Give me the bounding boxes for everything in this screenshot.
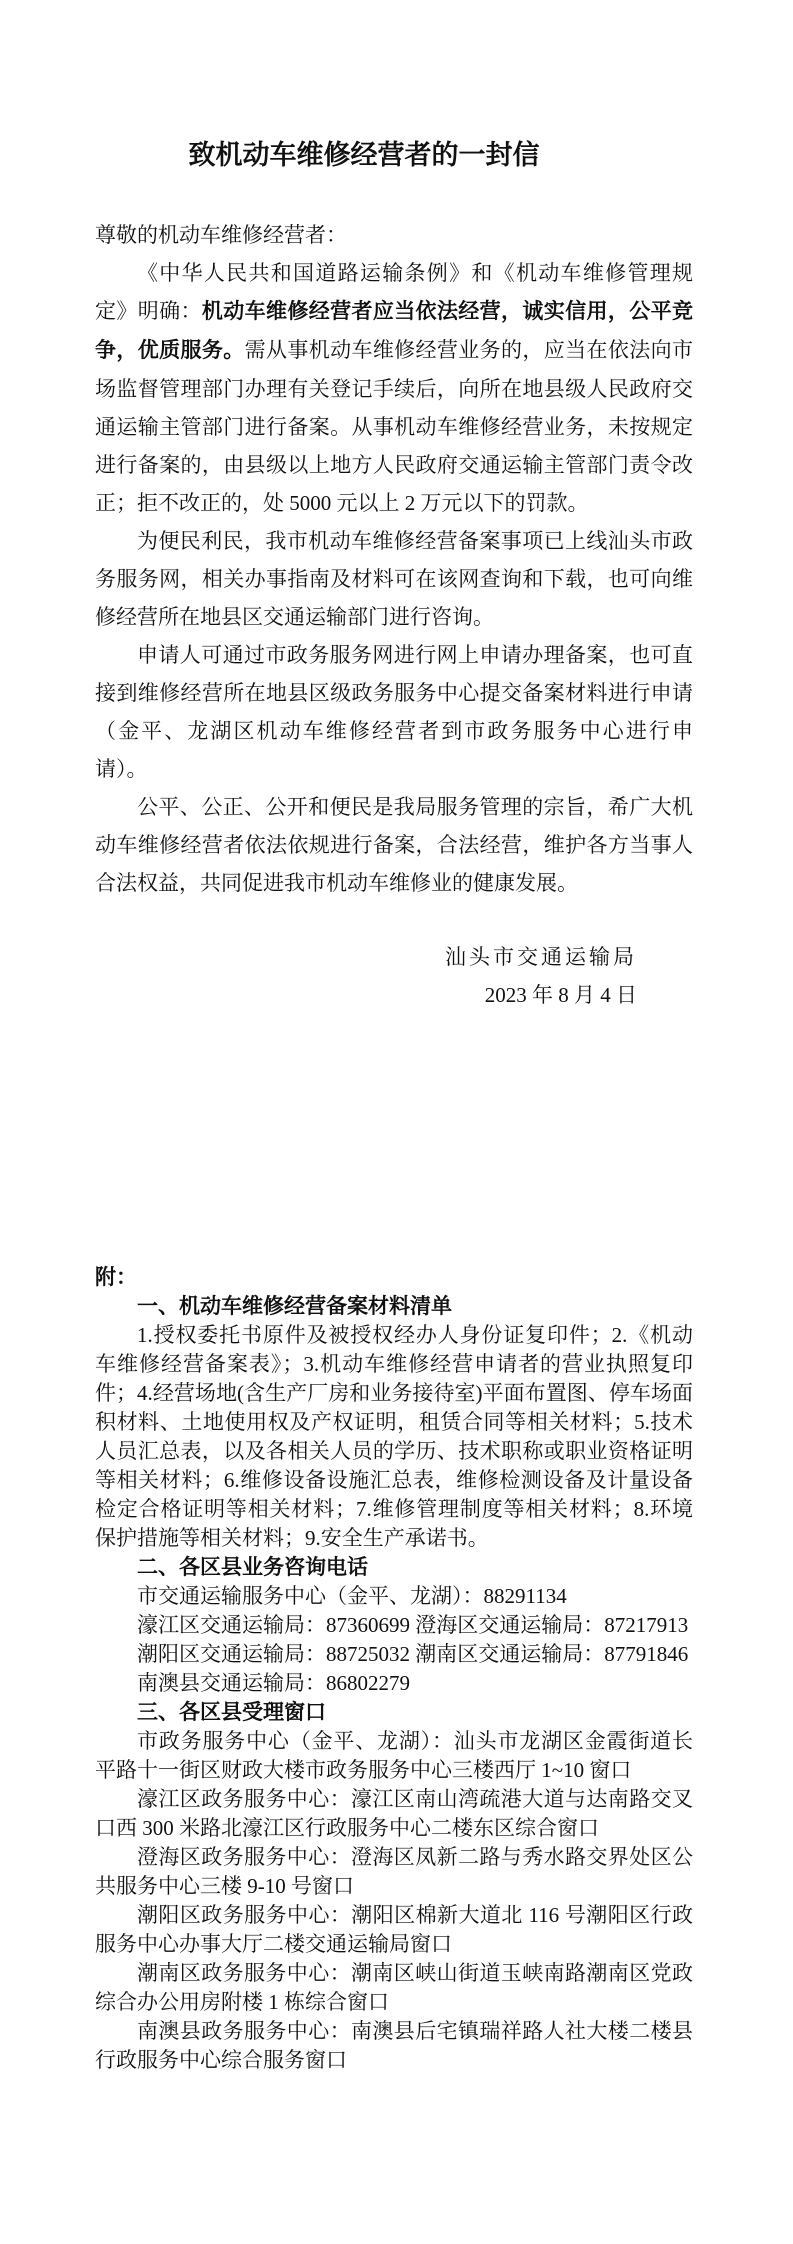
phone-line-city-center: 市交通运输服务中心（金平、龙湖）：88291134 bbox=[95, 1582, 693, 1611]
signature-block: 汕头市交通运输局 2023 年 8 月 4 日 bbox=[95, 938, 693, 1014]
phone-line-haojiang-chenghai: 濠江区交通运输局：87360699 澄海区交通运输局：87217913 bbox=[95, 1611, 693, 1640]
page-title: 致机动车维修经营者的一封信 bbox=[0, 0, 763, 172]
attachment-section: 附： 一、机动车维修经营备案材料清单 1.授权委托书原件及被授权经办人身份证复印… bbox=[95, 1263, 693, 2075]
window-city-center: 市政务服务中心（金平、龙湖）：汕头市龙湖区金霞街道长平路十一街区财政大楼市政务服… bbox=[95, 1727, 693, 1785]
paragraph-legal-basis: 《中华人民共和国道路运输条例》和《机动车维修管理规定》明确：机动车维修经营者应当… bbox=[95, 254, 693, 522]
letter-body: 尊敬的机动车维修经营者： 《中华人民共和国道路运输条例》和《机动车维修管理规定》… bbox=[0, 216, 793, 1014]
window-nanao: 南澳县政务服务中心：南澳县后宅镇瑞祥路人社大楼二楼县行政服务中心综合服务窗口 bbox=[95, 2017, 693, 2075]
attachment-label: 附： bbox=[95, 1263, 693, 1292]
window-chaonan: 潮南区政务服务中心：潮南区峡山街道玉峡南路潮南区党政综合办公用房附楼 1 栋综合… bbox=[95, 1959, 693, 2017]
paragraph-closing: 公平、公正、公开和便民是我局服务管理的宗旨，希广大机动车维修经营者依法依规进行备… bbox=[95, 788, 693, 902]
salutation: 尊敬的机动车维修经营者： bbox=[95, 216, 693, 254]
document-page: 致机动车维修经营者的一封信 尊敬的机动车维修经营者： 《中华人民共和国道路运输条… bbox=[0, 0, 793, 2244]
signature-organization: 汕头市交通运输局 bbox=[95, 938, 637, 976]
section1-materials-list: 1.授权委托书原件及被授权经办人身份证复印件；2.《机动车维修经营备案表》；3.… bbox=[95, 1321, 693, 1553]
section3-heading: 三、各区县受理窗口 bbox=[95, 1698, 693, 1727]
paragraph-application-channels: 申请人可通过市政务服务网进行网上申请办理备案，也可直接到维修经营所在地县区级政务… bbox=[95, 636, 693, 788]
signature-date: 2023 年 8 月 4 日 bbox=[95, 976, 637, 1014]
window-chaoyang: 潮阳区政务服务中心：潮阳区棉新大道北 116 号潮阳区行政服务中心办事大厅二楼交… bbox=[95, 1901, 693, 1959]
paragraph-legal-basis-post: 需从事机动车维修经营业务的，应当在依法向市场监督管理部门办理有关登记手续后，向所… bbox=[95, 338, 693, 515]
window-haojiang: 濠江区政务服务中心：濠江区南山湾疏港大道与达南路交叉口西 300 米路北濠江区行… bbox=[95, 1785, 693, 1843]
paragraph-online-service: 为便民利民，我市机动车维修经营备案事项已上线汕头市政务服务网，相关办事指南及材料… bbox=[95, 522, 693, 636]
phone-line-chaoyang-chaonan: 潮阳区交通运输局：88725032 潮南区交通运输局：87791846 bbox=[95, 1640, 693, 1669]
phone-line-nanao: 南澳县交通运输局：86802279 bbox=[95, 1669, 693, 1698]
section2-heading: 二、各区县业务咨询电话 bbox=[95, 1553, 693, 1582]
section1-heading: 一、机动车维修经营备案材料清单 bbox=[95, 1292, 693, 1321]
window-chenghai: 澄海区政务服务中心：澄海区凤新二路与秀水路交界处区公共服务中心三楼 9-10 号… bbox=[95, 1843, 693, 1901]
